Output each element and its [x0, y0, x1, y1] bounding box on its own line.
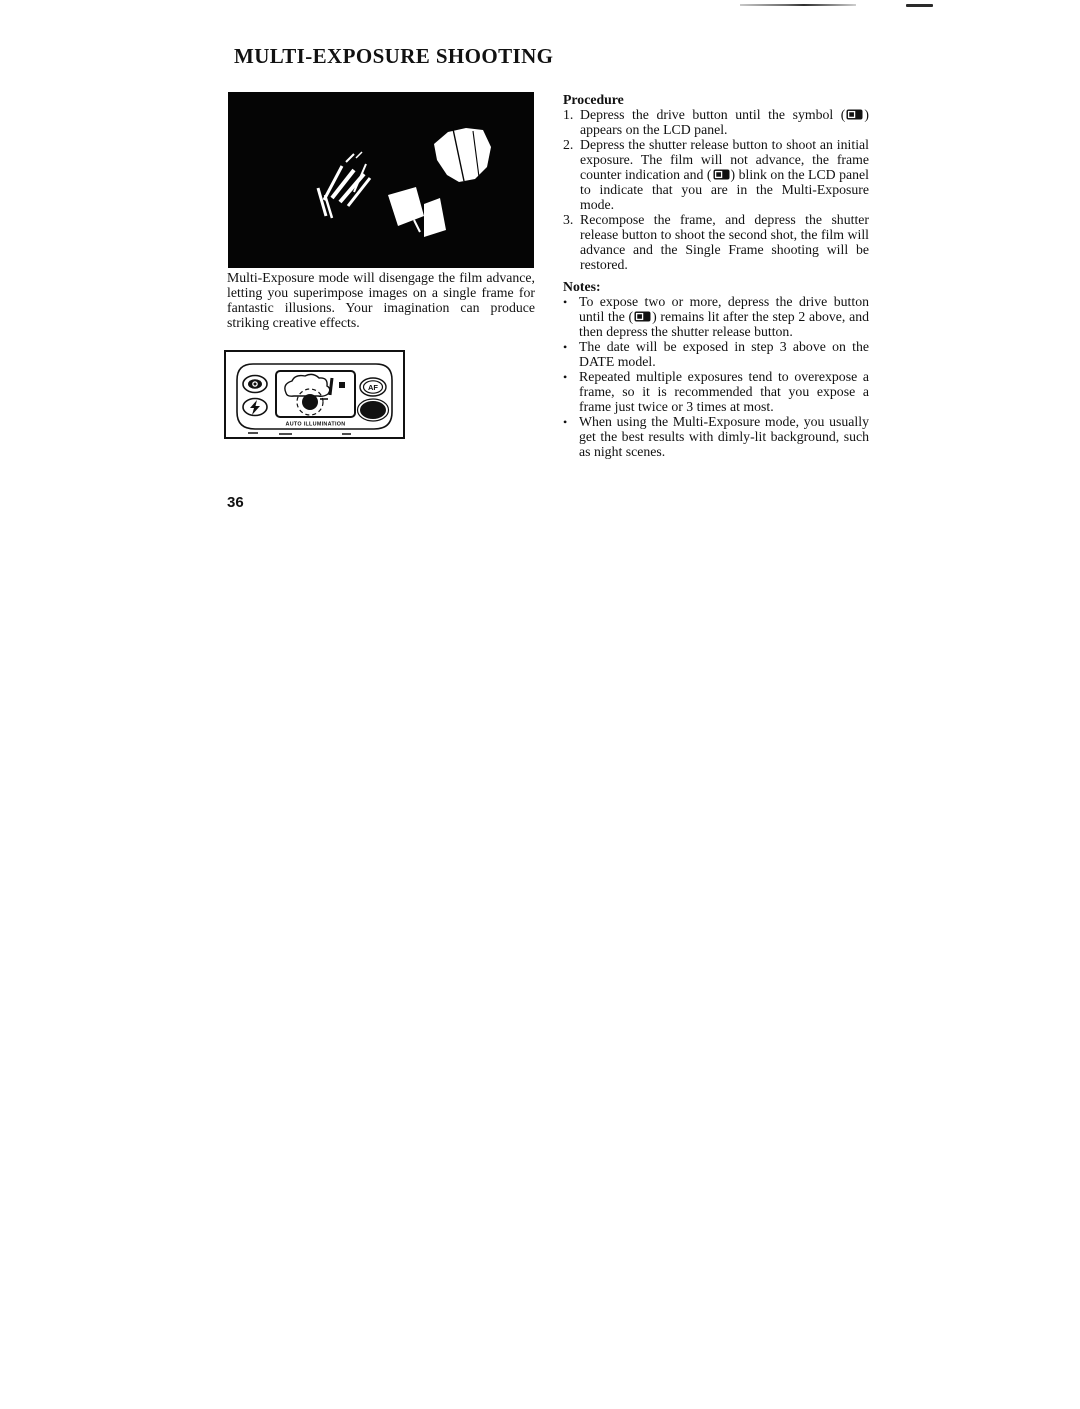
bullet: • — [563, 294, 579, 339]
bullet: • — [563, 369, 579, 414]
procedure-step-3: 3. Recompose the frame, and depress the … — [563, 212, 869, 272]
step-number: 3. — [563, 212, 580, 272]
lcd-panel — [276, 371, 355, 417]
note-text: The date will be exposed in step 3 above… — [579, 339, 869, 369]
step-text: Depress the drive button until the symbo… — [580, 107, 869, 137]
sample-photo — [228, 92, 534, 268]
camera-top-view: AUTO ILLUMINATION AF — [224, 350, 405, 439]
procedure-column: Procedure 1. Depress the drive button un… — [563, 92, 869, 459]
note-text: To expose two or more, depress the drive… — [579, 294, 869, 339]
multi-exposure-lcd-symbol — [302, 394, 318, 410]
manual-page: MULTI-EXPOSURE SHOOTING Multi-Exposure m… — [0, 0, 1080, 1409]
note-text: When using the Multi-Exposure mode, you … — [579, 414, 869, 459]
camera-top-diagram: AUTO ILLUMINATION AF — [224, 350, 405, 439]
multi-exposure-icon — [846, 109, 863, 120]
shutter-release-button — [358, 399, 389, 421]
frame-counter-bar — [330, 378, 332, 395]
procedure-heading: Procedure — [563, 92, 869, 107]
af-button-label: AF — [368, 383, 378, 392]
note-text: Repeated multiple exposures tend to over… — [579, 369, 869, 414]
intro-paragraph: Multi-Exposure mode will disengage the f… — [227, 270, 535, 330]
scan-artifact-line — [740, 4, 856, 6]
bullet: • — [563, 339, 579, 369]
procedure-step-2: 2. Depress the shutter release button to… — [563, 137, 869, 212]
note-item-1: • To expose two or more, depress the dri… — [563, 294, 869, 339]
notes-heading: Notes: — [563, 279, 869, 294]
step-text: Depress the shutter release button to sh… — [580, 137, 869, 212]
step-number: 2. — [563, 137, 580, 212]
lcd-caption: AUTO ILLUMINATION — [286, 422, 346, 428]
scan-artifact-line — [906, 4, 933, 7]
step-number: 1. — [563, 107, 580, 137]
note-item-2: • The date will be exposed in step 3 abo… — [563, 339, 869, 369]
page-title: MULTI-EXPOSURE SHOOTING — [234, 44, 553, 69]
step-text: Recompose the frame, and depress the shu… — [580, 212, 869, 272]
bullet: • — [563, 414, 579, 459]
multi-exposure-icon — [634, 311, 651, 322]
frame-counter-dot — [339, 382, 345, 388]
note-item-4: • When using the Multi-Exposure mode, yo… — [563, 414, 869, 459]
multi-exposure-photo-illustration — [228, 92, 534, 268]
procedure-step-1: 1. Depress the drive button until the sy… — [563, 107, 869, 137]
af-button: AF — [360, 378, 386, 396]
note-item-3: • Repeated multiple exposures tend to ov… — [563, 369, 869, 414]
multi-exposure-icon — [713, 169, 730, 180]
page-number: 36 — [227, 494, 244, 511]
